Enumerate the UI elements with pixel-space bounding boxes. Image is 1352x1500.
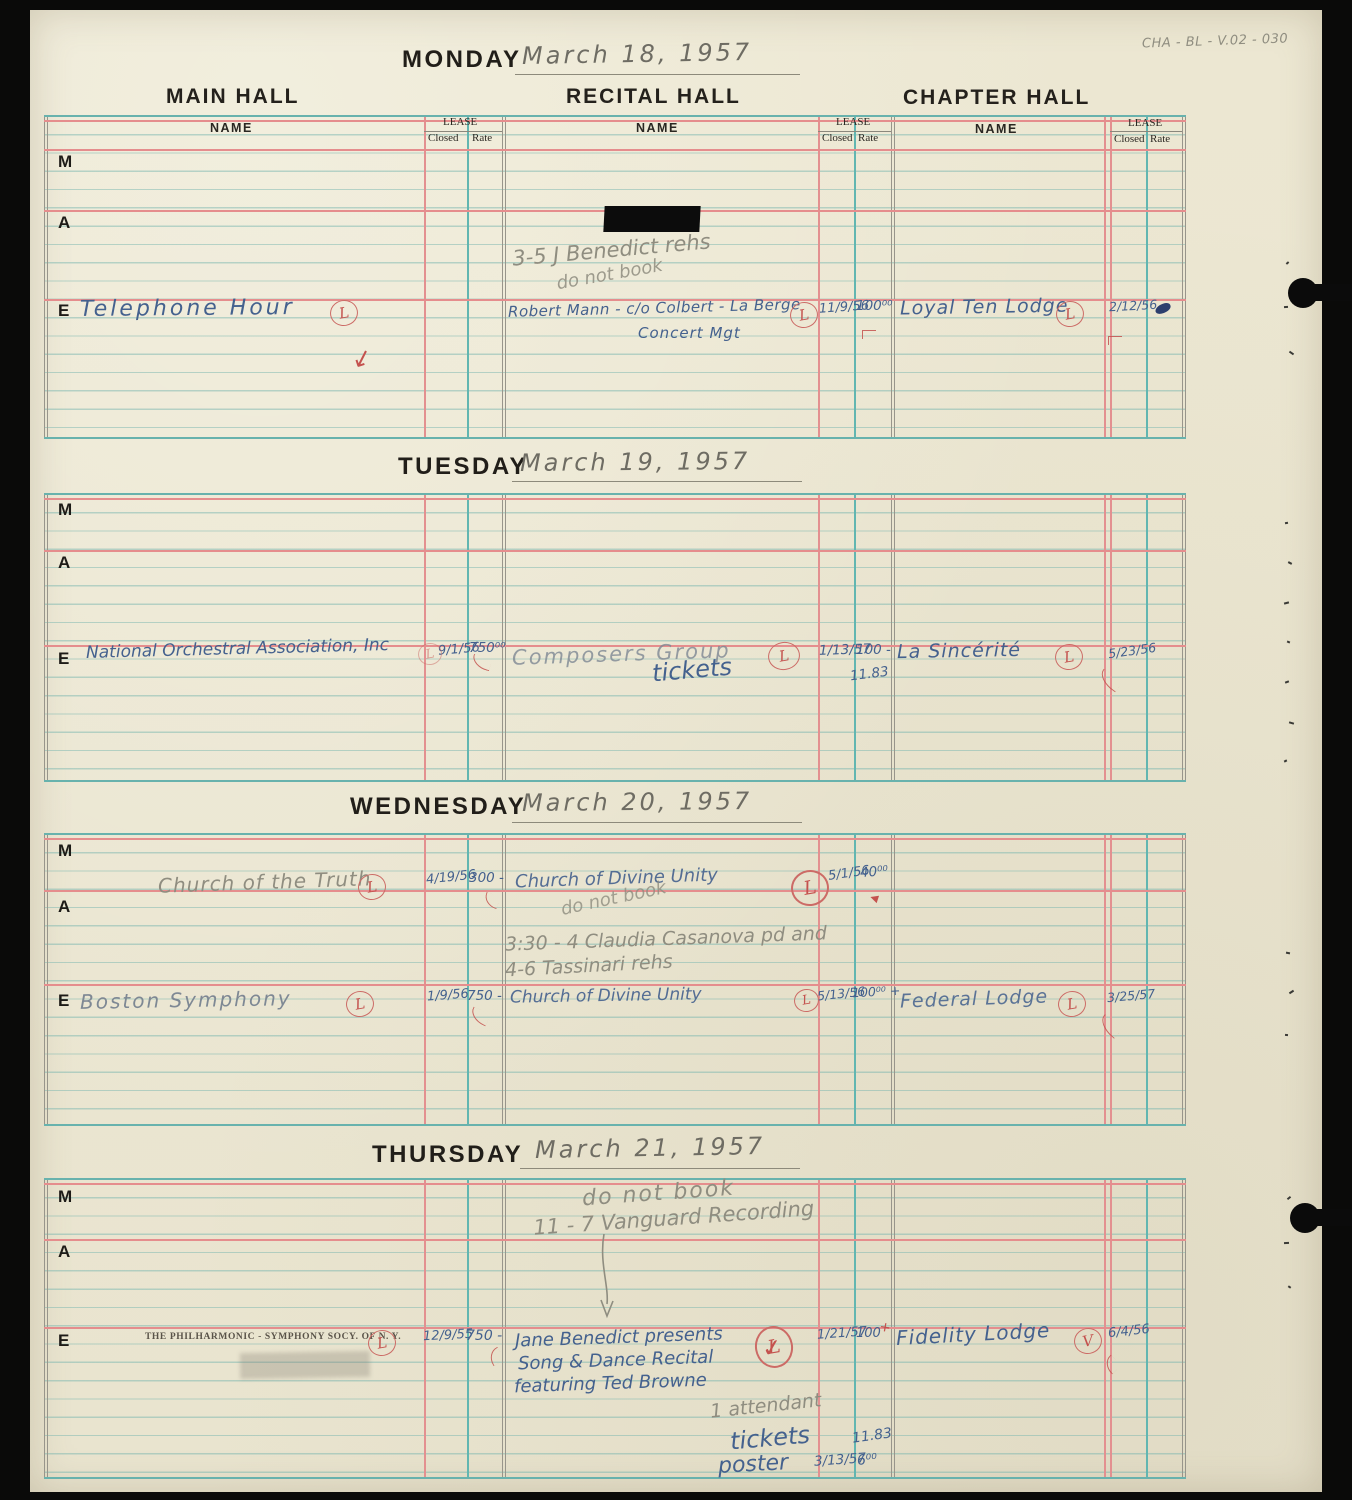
grid-vline xyxy=(505,495,506,780)
lease-rate: 100 xyxy=(856,1326,881,1341)
row-label-morning: M xyxy=(58,152,72,172)
entry-name: La Sincérité xyxy=(897,639,1021,663)
row-label-morning: M xyxy=(58,1187,72,1207)
grid-vline xyxy=(891,117,892,437)
day-date-tuesday: March 19, 1957 xyxy=(520,447,750,477)
grid-vline xyxy=(1146,117,1148,437)
hole-punch-stem xyxy=(1310,284,1352,301)
grid-vline xyxy=(44,495,45,780)
grid-vline xyxy=(1185,117,1186,437)
entry-name: Boston Symphony xyxy=(80,986,292,1014)
grid-vline xyxy=(1110,117,1112,437)
date-underline xyxy=(512,822,802,823)
grid-vline xyxy=(1104,835,1106,1124)
day-date-thursday: March 21, 1957 xyxy=(535,1132,766,1164)
row-label-evening: E xyxy=(58,991,69,1011)
row-label-morning: M xyxy=(58,500,72,520)
colhead-closed-chapter: Closed xyxy=(1114,133,1145,145)
colhead-rate-recital: Rate xyxy=(858,132,878,144)
date-underline xyxy=(515,74,800,75)
ledger-scan: CHA - BL - V.02 - 030 MONDAY March 18, 1… xyxy=(0,0,1352,1500)
entry-name-line2: Concert Mgt xyxy=(638,324,741,342)
grid-vline xyxy=(467,117,469,437)
entry-note: poster xyxy=(717,1450,788,1479)
down-arrow xyxy=(594,1234,624,1319)
grid-vline xyxy=(467,495,469,780)
colhead-lease-chapter: LEASE xyxy=(1128,117,1162,129)
grid-redline xyxy=(44,550,1186,552)
grid-vline xyxy=(424,495,426,780)
entry-name-stamp: THE PHILHARMONIC - SYMPHONY SOCY. OF N. … xyxy=(145,1332,401,1342)
row-label-evening: E xyxy=(58,1331,69,1351)
grid-vline xyxy=(44,835,45,1124)
grid-vline xyxy=(894,117,895,437)
day-date-monday: March 18, 1957 xyxy=(522,38,753,70)
lease-divider xyxy=(1110,131,1182,132)
grid-redline xyxy=(44,149,1186,151)
grid-vline xyxy=(1146,835,1148,1124)
day-label-tuesday: TUESDAY xyxy=(398,453,528,481)
row-label-afternoon: A xyxy=(58,1242,70,1262)
hall-title-chapter: CHAPTER HALL xyxy=(903,86,1090,110)
red-corner-mark xyxy=(862,330,876,339)
date-underline xyxy=(512,481,802,482)
lease-rate: 100⁰⁰ + xyxy=(852,983,901,1001)
grid-vline xyxy=(44,117,45,437)
grid-vline xyxy=(1104,495,1106,780)
row-label-morning: M xyxy=(58,841,72,861)
grid-vline xyxy=(47,495,48,780)
day-label-wednesday: WEDNESDAY xyxy=(350,793,526,821)
grid-vline xyxy=(505,117,506,437)
ink-speck xyxy=(1284,1242,1289,1244)
grid-vline xyxy=(424,117,426,437)
lease-rate: 750 - xyxy=(466,1328,502,1344)
day-date-wednesday: March 20, 1957 xyxy=(522,787,752,817)
entry-name: Telephone Hour xyxy=(80,295,295,322)
grid-redline xyxy=(44,838,1186,840)
row-label-afternoon: A xyxy=(58,553,70,573)
colhead-closed-main: Closed xyxy=(428,132,459,144)
row-label-afternoon: A xyxy=(58,213,70,233)
grid-vline xyxy=(1185,835,1186,1124)
ink-speck xyxy=(1286,952,1290,955)
entry-name: Loyal Ten Lodge xyxy=(900,295,1069,320)
colhead-name-main: NAME xyxy=(210,121,253,135)
grid-vline xyxy=(891,835,892,1124)
entry-name: Church of Divine Unity xyxy=(510,984,702,1007)
redaction-box xyxy=(603,206,700,232)
ledger-grid-tuesday xyxy=(44,493,1186,782)
grid-vline xyxy=(502,495,503,780)
grid-vline xyxy=(818,117,820,437)
grid-vline xyxy=(1185,495,1186,780)
grid-vline xyxy=(1110,495,1112,780)
grid-vline xyxy=(1104,117,1106,437)
stamp-smudge xyxy=(240,1351,370,1379)
hall-title-recital: RECITAL HALL xyxy=(566,85,741,109)
grid-vline xyxy=(1182,117,1183,437)
colhead-name-recital: NAME xyxy=(636,121,679,135)
colhead-lease-recital: LEASE xyxy=(836,116,870,128)
lease-rate-secondary: 6⁰⁰ xyxy=(856,1451,877,1469)
colhead-closed-recital: Closed xyxy=(822,132,853,144)
grid-vline xyxy=(891,495,892,780)
day-label-monday: MONDAY xyxy=(402,46,521,74)
grid-vline xyxy=(1146,495,1148,780)
grid-vline xyxy=(894,835,895,1124)
lease-closed-date: 1/9/56 xyxy=(427,987,470,1005)
ink-speck xyxy=(1284,306,1288,308)
row-label-afternoon: A xyxy=(58,897,70,917)
row-label-evening: E xyxy=(58,649,69,669)
grid-vline xyxy=(502,117,503,437)
grid-redline xyxy=(44,498,1186,500)
lease-rate: 100⁰⁰ xyxy=(856,298,893,314)
colhead-lease-main: LEASE xyxy=(443,116,477,128)
grid-vline xyxy=(1182,835,1183,1124)
date-underline xyxy=(520,1168,800,1169)
lease-rate: 300 - xyxy=(469,870,504,886)
lease-closed-date: 2/12/56 xyxy=(1109,297,1158,315)
grid-vline xyxy=(854,495,856,780)
lease-rate: 40⁰⁰ xyxy=(859,863,888,881)
lease-rate: 100 - xyxy=(856,642,891,658)
lease-rate: 750 - xyxy=(467,988,502,1004)
grid-vline xyxy=(47,835,48,1124)
grid-vline xyxy=(1110,835,1112,1124)
hall-title-main: MAIN HALL xyxy=(166,85,299,109)
colhead-name-chapter: NAME xyxy=(975,122,1018,136)
grid-vline xyxy=(47,117,48,437)
colhead-rate-main: Rate xyxy=(472,132,492,144)
red-corner-mark xyxy=(1108,336,1122,345)
grid-vline xyxy=(1182,495,1183,780)
grid-vline xyxy=(818,495,820,780)
hole-punch-stem xyxy=(1312,1209,1352,1226)
grid-vline xyxy=(894,495,895,780)
colhead-rate-chapter: Rate xyxy=(1150,133,1170,145)
ink-speck xyxy=(1285,1034,1288,1036)
grid-vline xyxy=(854,117,856,437)
row-label-evening: E xyxy=(58,301,69,321)
day-label-thursday: THURSDAY xyxy=(372,1141,523,1169)
